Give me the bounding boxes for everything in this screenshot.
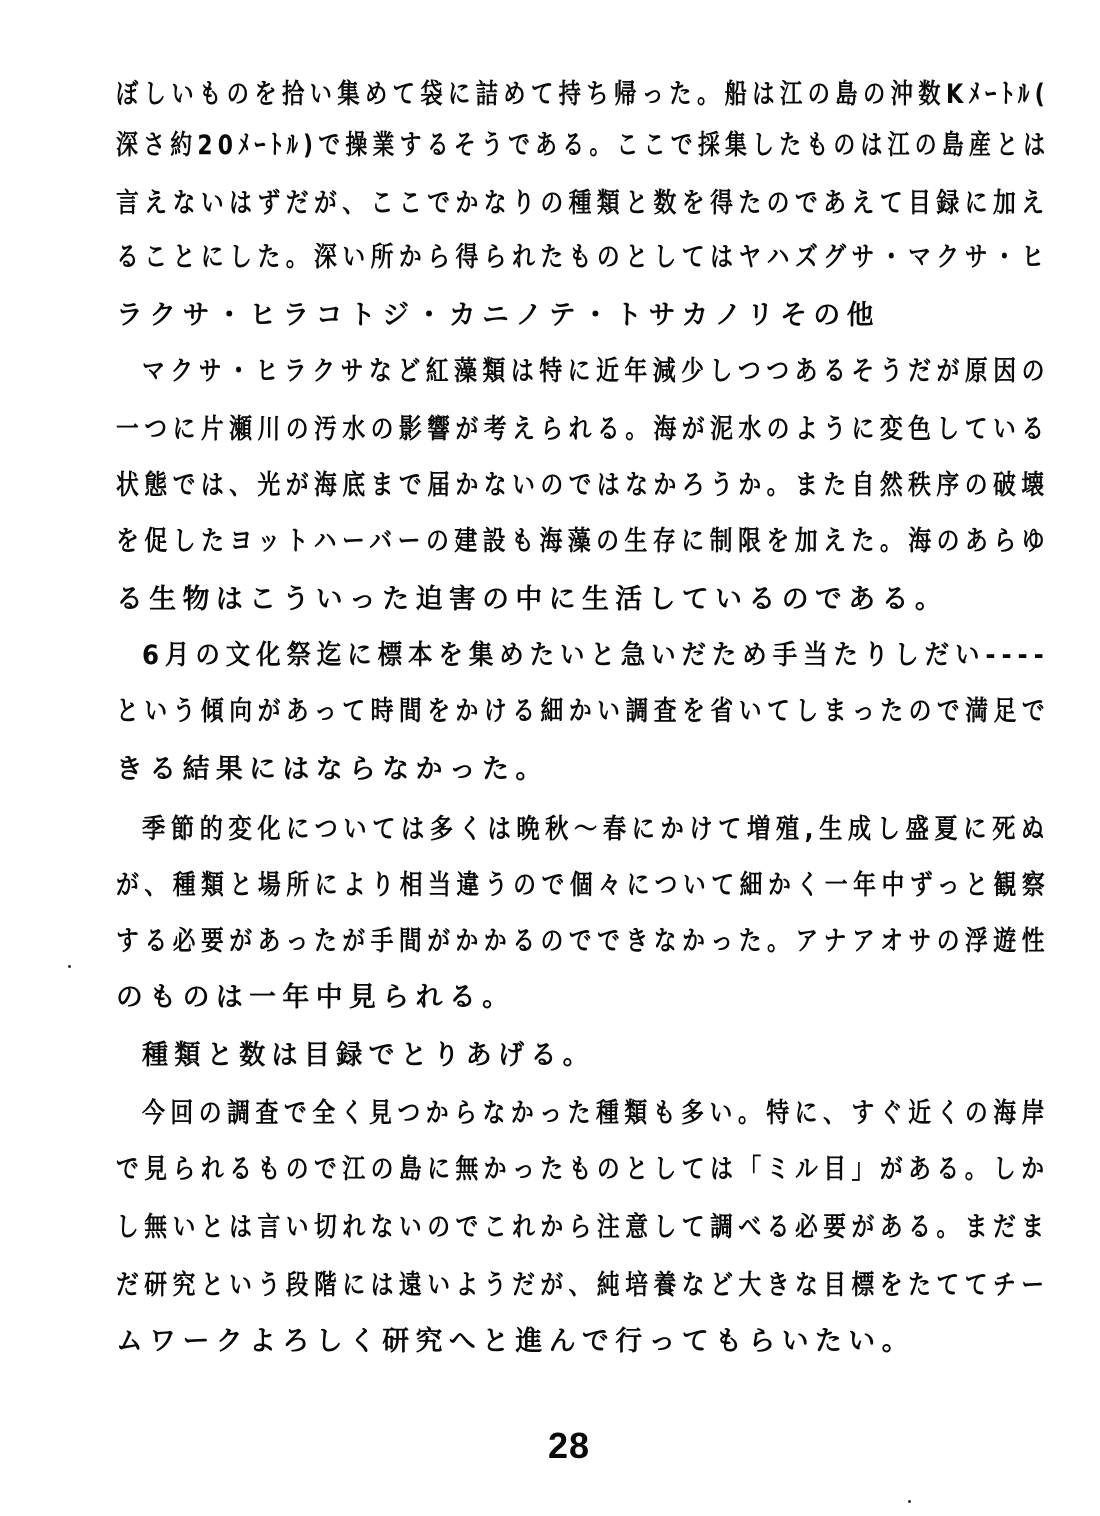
scan-speck bbox=[908, 1500, 911, 1503]
document-page: ぼしいものを拾い集めて袋に詰めて持ち帰った。船は江の島の沖数Kﾒｰﾄﾙ(深さ約2… bbox=[0, 0, 1100, 1516]
text-line: が、種類と場所により相当違うので個々について細かく一年中ずっと観察 bbox=[116, 866, 912, 906]
text-line: ラクサ・ヒラコトジ・カニノテ・トサカノリその他 bbox=[116, 296, 1050, 336]
text-line: 6月の文化祭迄に標本を集めたいと急いだため手当たりしだい---- bbox=[142, 636, 995, 676]
text-line: きる結果にはならなかった。 bbox=[116, 750, 1050, 790]
text-line: 季節的変化については多くは晩秋～春にかけて増殖,生成し盛夏に死ぬ bbox=[142, 810, 951, 850]
text-line: のものは一年中見られる。 bbox=[116, 978, 1050, 1018]
scan-speck bbox=[68, 965, 71, 968]
text-line: ムワークよろしく研究へと進んで行ってもらいたい。 bbox=[116, 1322, 1050, 1362]
text-line: る生物はこういった迫害の中に生活しているのである。 bbox=[116, 580, 1050, 620]
text-line: 一つに片瀬川の汚水の影響が考えられる。海が泥水のように変色している bbox=[116, 410, 910, 450]
text-line: 種類と数は目録でとりあげる。 bbox=[142, 1036, 1050, 1076]
page-number: 28 bbox=[548, 1425, 590, 1467]
text-line: 深さ約20ﾒｰﾄﾙ)で操業するそうである。ここで採集したものは江の島産とは bbox=[116, 126, 877, 166]
text-line: で見られるもので江の島に無かったものとしては「ミル目」がある。しか bbox=[116, 1150, 910, 1190]
text-line: マクサ・ヒラクサなど紅藻類は特に近年減少しつつあるそうだが原因の bbox=[142, 352, 938, 392]
text-line: する必要があったが手間がかかるのでできなかった。アナアオサの浮遊性 bbox=[116, 922, 911, 962]
text-line: だ研究という段階には遠いようだが、純培養など大きな目標をたててチー bbox=[116, 1266, 910, 1306]
text-line: ぼしいものを拾い集めて袋に詰めて持ち帰った。船は江の島の沖数Kﾒｰﾄﾙ( bbox=[116, 75, 892, 115]
text-line: 状態では、光が海底まで届かないのではなかろうか。また自然秩序の破壊 bbox=[116, 466, 910, 506]
text-line: を促したヨットハーバーの建設も海藻の生存に制限を加えた。海のあらゆ bbox=[116, 522, 912, 562]
text-line: 言えないはずだが、ここでかなりの種類と数を得たのであえて目録に加え bbox=[116, 184, 910, 224]
text-line: という傾向があって時間をかける細かい調査を省いてしまったので満足で bbox=[116, 692, 911, 732]
text-line: し無いとは言い切れないのでこれから注意して調べる必要がある。まだま bbox=[116, 1208, 910, 1248]
text-line: 今回の調査で全く見つからなかった種類も多い。特に、すぐ近くの海岸 bbox=[142, 1094, 938, 1134]
text-line: ることにした。深い所から得られたものとしてはヤハズグサ・マクサ・ヒ bbox=[116, 238, 910, 278]
